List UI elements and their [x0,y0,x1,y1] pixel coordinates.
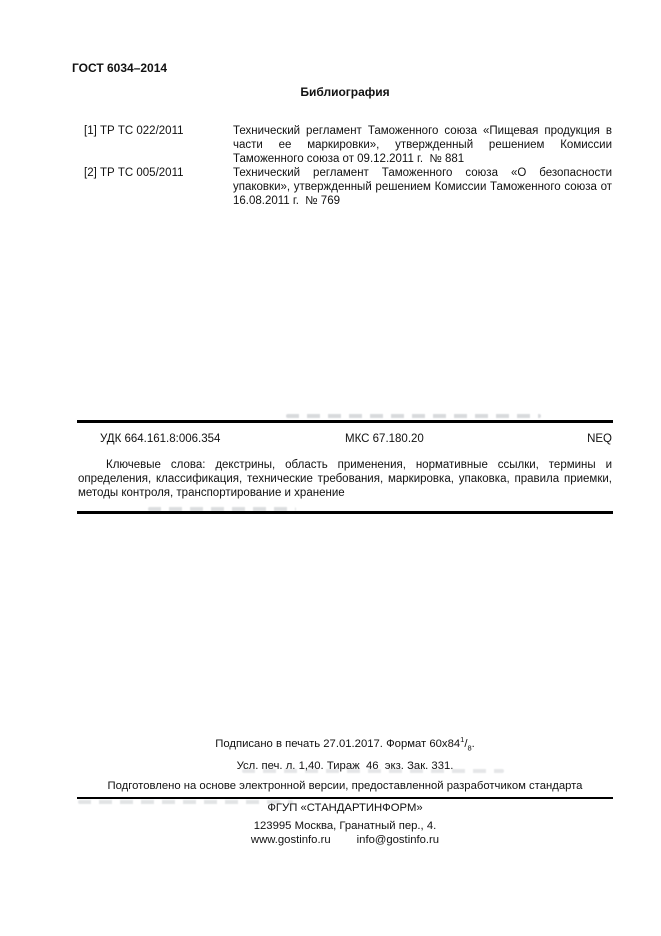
horizontal-rule-bottom [77,511,613,514]
section-title: Библиография [78,85,612,99]
imprint-print-line: Подписано в печать 27.01.2017. Формат 60… [78,737,612,751]
bibliography-entry-text: Технический регламент Таможенного союза … [233,166,612,208]
publisher-address: 123995 Москва, Гранатный пер., 4. [78,819,612,833]
publisher-contacts: www.gostinfo.ru info@gostinfo.ru [78,833,612,847]
publisher-website: www.gostinfo.ru [251,833,331,847]
imprint-divider-rule [77,797,613,799]
bibliography-list: [1] ТР ТС 022/2011 Технический регламент… [84,124,612,208]
keywords-paragraph: Ключевые слова: декстрины, область приме… [78,458,612,500]
print-date-format: Подписано в печать 27.01.2017. Формат 60… [215,738,460,750]
imprint-prepared-line: Подготовлено на основе электронной верси… [78,779,612,793]
publisher-email: info@gostinfo.ru [357,833,439,847]
bibliography-entry-label: [2] ТР ТС 005/2011 [84,166,233,180]
bibliography-entry-text: Технический регламент Таможенного союза … [233,124,612,166]
udk-code: УДК 664.161.8:006.354 [78,432,345,446]
equivalence-code: NEQ [587,432,612,446]
horizontal-rule-top [77,420,613,423]
classification-row: УДК 664.161.8:006.354 МКС 67.180.20 NEQ [78,432,612,446]
bibliography-entry: [2] ТР ТС 005/2011 Технический регламент… [84,166,612,208]
publisher-name: ФГУП «СТАНДАРТИНФОРМ» [78,801,612,815]
scan-artifact [242,769,504,773]
doc-code: ГОСТ 6034–2014 [72,61,167,75]
bibliography-entry: [1] ТР ТС 022/2011 Технический регламент… [84,124,612,166]
bibliography-entry-label: [1] ТР ТС 022/2011 [84,124,233,138]
mks-code: МКС 67.180.20 [345,432,587,446]
document-page: ГОСТ 6034–2014 Библиография [1] ТР ТС 02… [0,0,661,936]
scan-artifact [286,414,541,418]
print-line-period: . [472,738,475,750]
